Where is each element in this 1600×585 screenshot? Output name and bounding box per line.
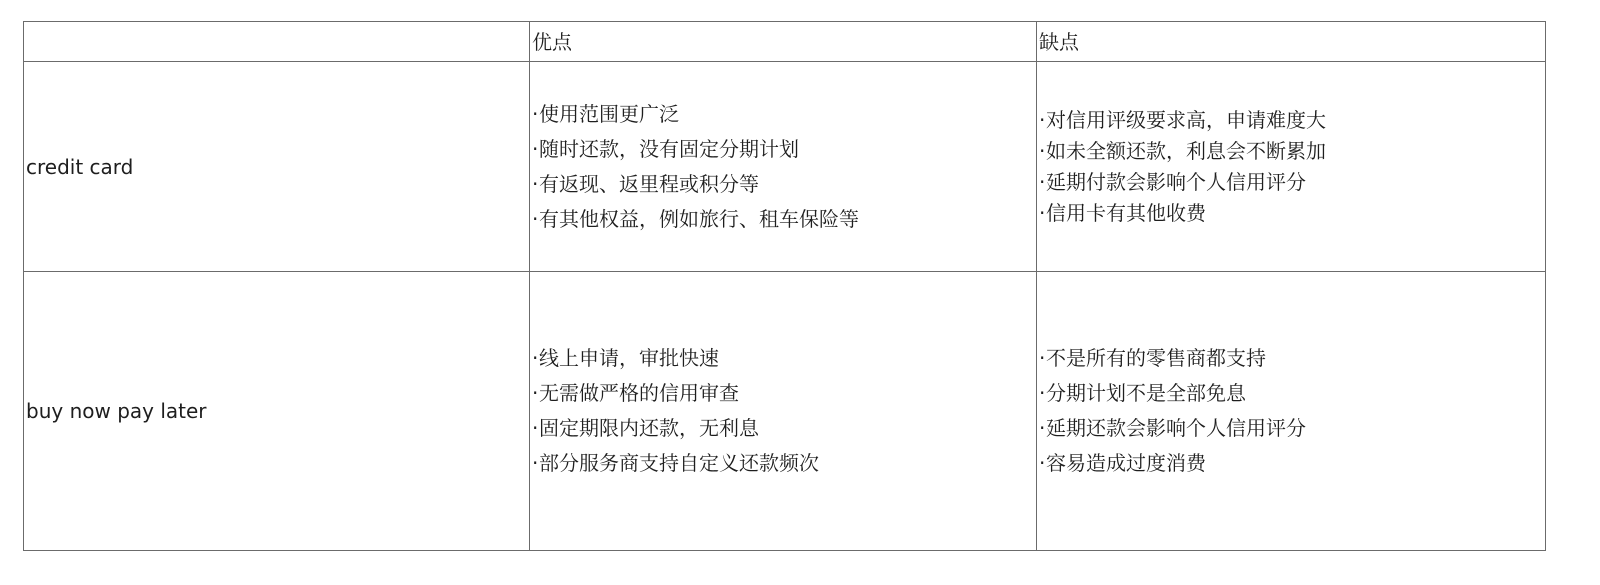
list-item-text: 固定期限内还款，无利息 [539, 416, 759, 440]
bullet-icon: · [1039, 446, 1046, 481]
list-item-text: 有其他权益，例如旅行、租车保险等 [539, 207, 859, 231]
list-item: ·固定期限内还款，无利息 [532, 411, 1036, 446]
list-item-text: 延期还款会影响个人信用评分 [1046, 416, 1306, 440]
list-item: ·容易造成过度消费 [1039, 446, 1545, 481]
header-cell-cons: 缺点 [1037, 22, 1546, 62]
cell-bnpl-pros: ·线上申请，审批快速 ·无需做严格的信用审查 ·固定期限内还款，无利息 ·部分服… [530, 272, 1037, 551]
comparison-table: 优点 缺点 credit card ·使用范围更广泛 ·随时还款，没有固定分期计… [23, 21, 1546, 551]
bullet-icon: · [532, 411, 539, 446]
header-cell-pros: 优点 [530, 22, 1037, 62]
bullet-icon: · [532, 97, 539, 132]
list-item-text: 如未全额还款，利息会不断累加 [1046, 139, 1326, 163]
bullet-icon: · [532, 446, 539, 481]
list-item: ·线上申请，审批快速 [532, 341, 1036, 376]
list-item-text: 线上申请，审批快速 [539, 346, 719, 370]
header-cell-empty [24, 22, 530, 62]
list-item-text: 有返现、返里程或积分等 [539, 172, 759, 196]
list-item-text: 延期付款会影响个人信用评分 [1046, 170, 1306, 194]
list-item: ·部分服务商支持自定义还款频次 [532, 446, 1036, 481]
list-item: ·有返现、返里程或积分等 [532, 167, 1036, 202]
list-item: ·分期计划不是全部免息 [1039, 376, 1545, 411]
list-item-text: 对信用评级要求高，申请难度大 [1046, 108, 1326, 132]
cons-list: ·不是所有的零售商都支持 ·分期计划不是全部免息 ·延期还款会影响个人信用评分 … [1039, 341, 1545, 481]
list-item-text: 随时还款，没有固定分期计划 [539, 137, 799, 161]
list-item-text: 使用范围更广泛 [539, 102, 679, 126]
list-item: ·不是所有的零售商都支持 [1039, 341, 1545, 376]
bullet-icon: · [1039, 167, 1046, 198]
list-item: ·信用卡有其他收费 [1039, 198, 1545, 229]
cell-credit-card-pros: ·使用范围更广泛 ·随时还款，没有固定分期计划 ·有返现、返里程或积分等 ·有其… [530, 62, 1037, 272]
bullet-icon: · [532, 341, 539, 376]
table-header-row: 优点 缺点 [24, 22, 1546, 62]
list-item-text: 分期计划不是全部免息 [1046, 381, 1246, 405]
bullet-icon: · [532, 167, 539, 202]
list-item: ·对信用评级要求高，申请难度大 [1039, 105, 1545, 136]
bullet-icon: · [1039, 105, 1046, 136]
row-label-credit-card: credit card [24, 62, 530, 272]
bullet-icon: · [1039, 198, 1046, 229]
bullet-icon: · [1039, 136, 1046, 167]
list-item-text: 容易造成过度消费 [1046, 451, 1206, 475]
list-item-text: 无需做严格的信用审查 [539, 381, 739, 405]
table-row-credit-card: credit card ·使用范围更广泛 ·随时还款，没有固定分期计划 ·有返现… [24, 62, 1546, 272]
list-item: ·随时还款，没有固定分期计划 [532, 132, 1036, 167]
bullet-icon: · [532, 376, 539, 411]
bullet-icon: · [1039, 411, 1046, 446]
list-item: ·延期付款会影响个人信用评分 [1039, 167, 1545, 198]
bullet-icon: · [532, 132, 539, 167]
list-item-text: 不是所有的零售商都支持 [1046, 346, 1266, 370]
bullet-icon: · [1039, 376, 1046, 411]
list-item: ·如未全额还款，利息会不断累加 [1039, 136, 1545, 167]
cell-bnpl-cons: ·不是所有的零售商都支持 ·分期计划不是全部免息 ·延期还款会影响个人信用评分 … [1037, 272, 1546, 551]
cell-credit-card-cons: ·对信用评级要求高，申请难度大 ·如未全额还款，利息会不断累加 ·延期付款会影响… [1037, 62, 1546, 272]
list-item: ·使用范围更广泛 [532, 97, 1036, 132]
list-item-text: 信用卡有其他收费 [1046, 201, 1206, 225]
pros-list: ·使用范围更广泛 ·随时还款，没有固定分期计划 ·有返现、返里程或积分等 ·有其… [532, 97, 1036, 237]
list-item-text: 部分服务商支持自定义还款频次 [539, 451, 819, 475]
row-label-buy-now-pay-later: buy now pay later [24, 272, 530, 551]
list-item: ·有其他权益，例如旅行、租车保险等 [532, 202, 1036, 237]
cons-list: ·对信用评级要求高，申请难度大 ·如未全额还款，利息会不断累加 ·延期付款会影响… [1039, 105, 1545, 229]
table-row-buy-now-pay-later: buy now pay later ·线上申请，审批快速 ·无需做严格的信用审查… [24, 272, 1546, 551]
list-item: ·无需做严格的信用审查 [532, 376, 1036, 411]
bullet-icon: · [1039, 341, 1046, 376]
pros-list: ·线上申请，审批快速 ·无需做严格的信用审查 ·固定期限内还款，无利息 ·部分服… [532, 341, 1036, 481]
bullet-icon: · [532, 202, 539, 237]
list-item: ·延期还款会影响个人信用评分 [1039, 411, 1545, 446]
